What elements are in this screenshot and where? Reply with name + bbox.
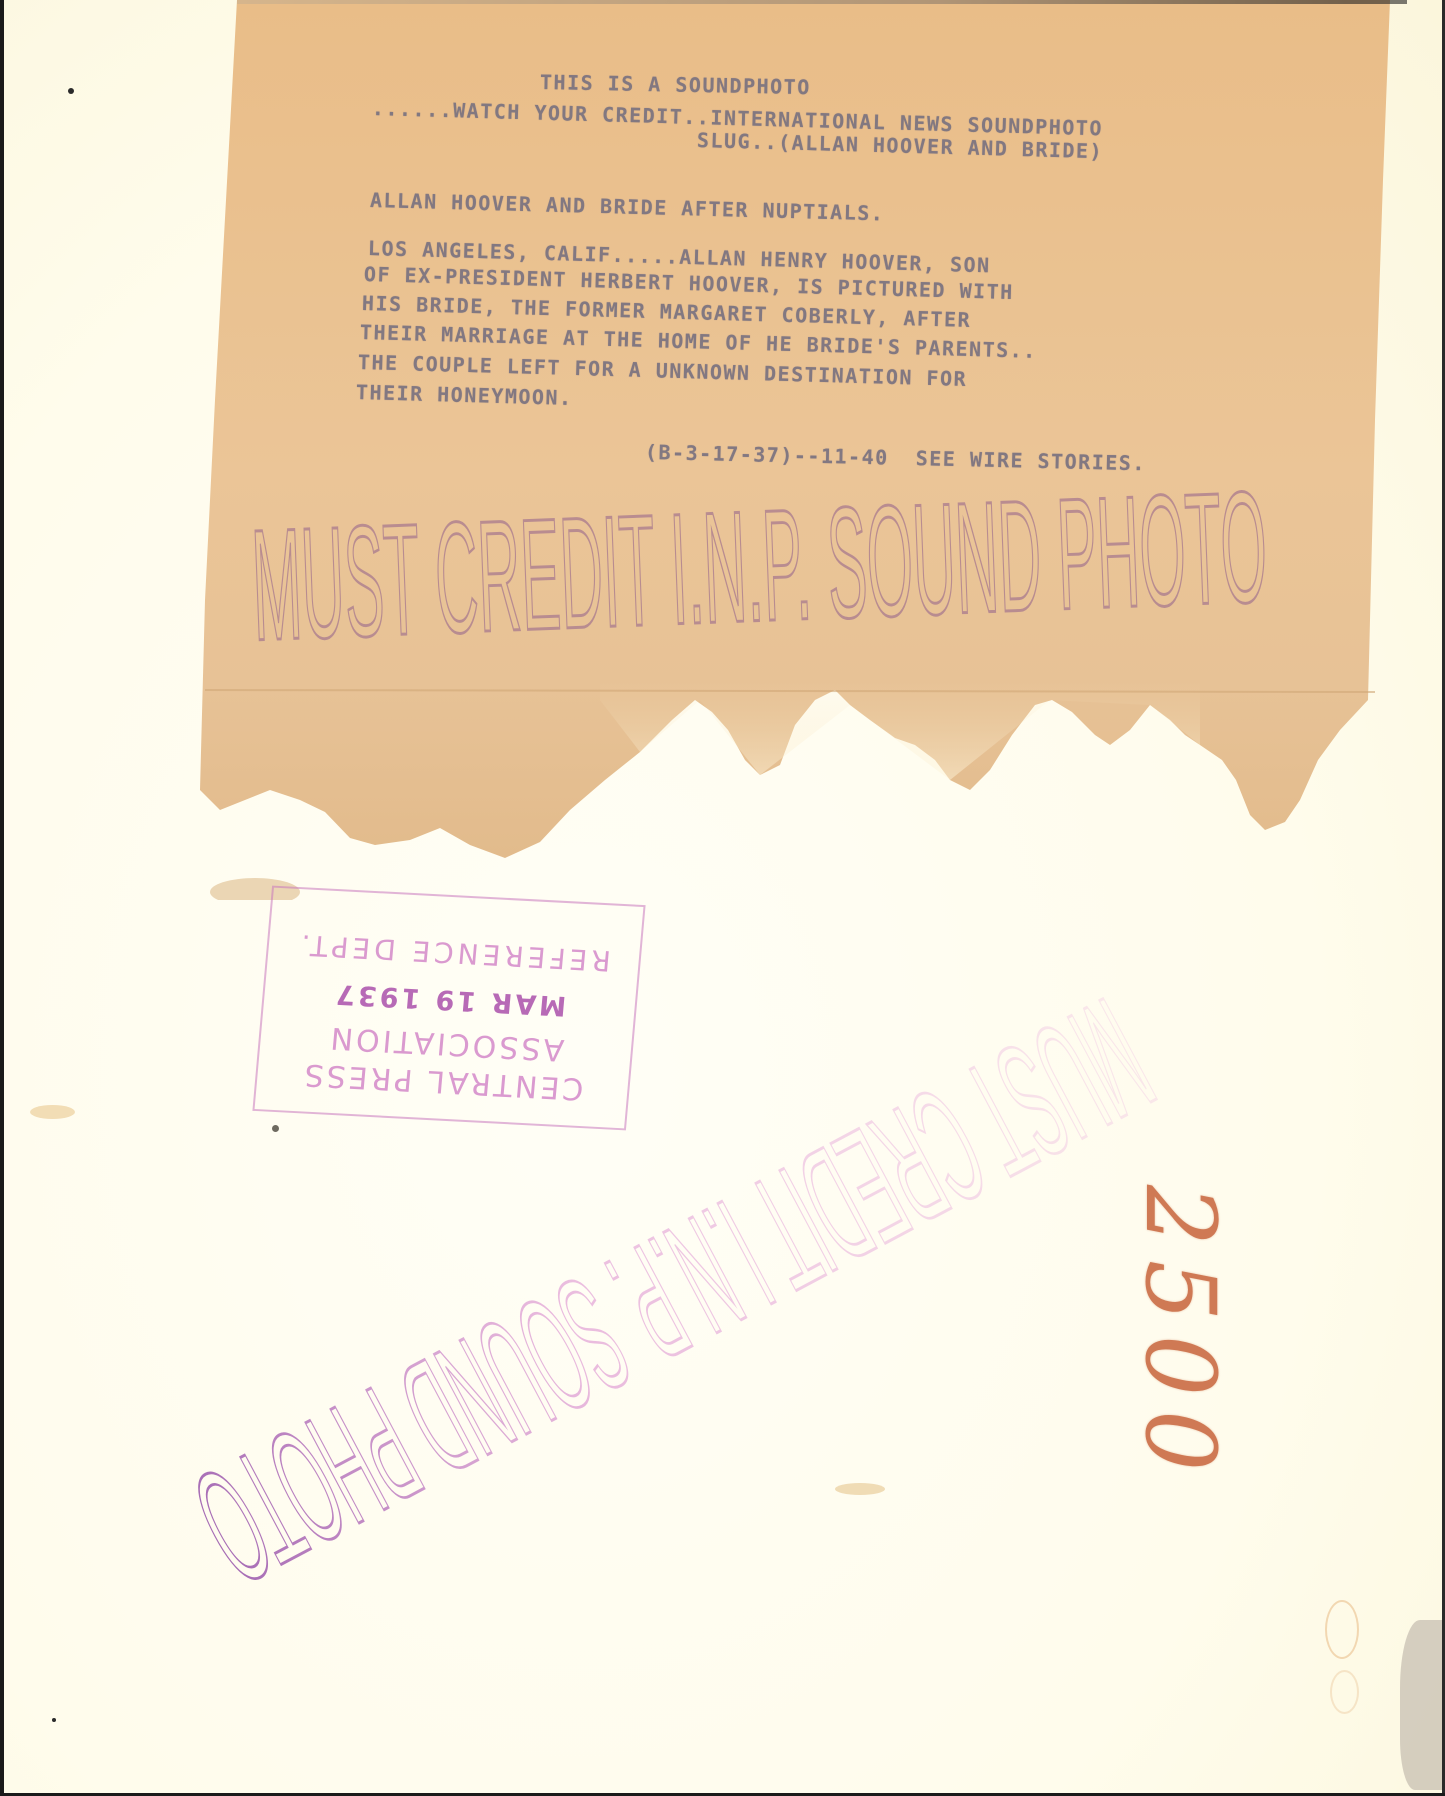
stain-bottom-right-2 [1330,1670,1359,1714]
stain-bottom-center [835,1483,885,1495]
scan-edge-left [0,0,4,1796]
stain-bottom-right-1 [1325,1600,1359,1659]
handwritten-note: 2500 [1135,1165,1225,1505]
speck-top-left [68,88,74,94]
speck-bottom-left [52,1718,56,1722]
credit-stamp-top: MUST CREDIT I.N.P. SOUND PHOTO [249,466,1274,655]
stain-left [30,1105,75,1119]
scan-edge-top [237,0,1407,4]
cpa-date: MAR 19 1937 [264,974,636,1024]
cpa-line-reference: REFERENCE DEPT. [268,927,640,979]
speck-cpa [272,1125,279,1132]
central-press-stamp: CENTRAL PRESS ASSOCIATION MAR 19 1937 RE… [252,886,645,1131]
stain-corner-grey [1400,1620,1445,1790]
